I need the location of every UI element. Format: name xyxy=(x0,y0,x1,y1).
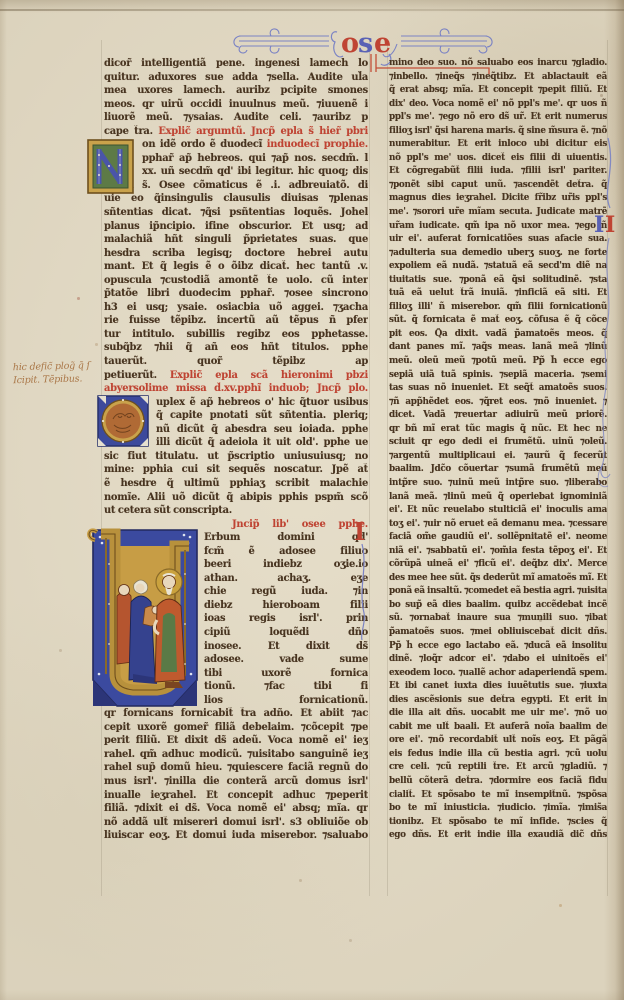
text-segment: nõ addã ult̃ misereri domui isrl'. s3 ob… xyxy=(104,817,368,828)
text-segment: xx. uñ secdm̃ qd' ibi legitur. hic quoq;… xyxy=(142,166,368,177)
text-line: planus ip̃ncipio. ifine obscurior. Et us… xyxy=(104,220,368,234)
text-segment: tuã eã uelut t̃rã inuiã. ⁊inficiã eã sit… xyxy=(389,288,607,298)
text-segment: tur intitulo. subillis regibz eos ppheta… xyxy=(104,329,368,340)
text-line: on idẽ ordo ẽ duodecĩ induodecĩ prophie. xyxy=(104,138,368,152)
text-segment: Et ibi canet iuxta dies iuuẽtutis sue. ⁊… xyxy=(389,681,607,691)
text-segment: bo te mĩ iniusticia. ⁊iudicio. ⁊imĩa. ⁊i… xyxy=(389,803,607,813)
text-segment: mine: pphia cui sit sequẽs noscatur. Jpẽ… xyxy=(104,464,368,475)
text-segment: Erbum domini qd' xyxy=(204,532,368,543)
text-line: liuiscar eoʒ. Et domui iuda miserebor. ⁊… xyxy=(104,829,368,843)
text-line: dix' deo. Voca nomẽ ei' nõ ppl's me'. qr… xyxy=(389,98,607,112)
parchment-specks xyxy=(0,0,1,1)
text-segment: mea uxores lamech. auribz pcipite smones xyxy=(104,85,368,96)
text-segment: sepiã uiã tuã spinis. ⁊sepiã maceria. ⁊s… xyxy=(389,370,607,380)
text-segment: toʒ ei'. ⁊uir nõ eruet eã demanu mea. ⁊c… xyxy=(389,519,607,529)
text-line: positi s̃. Osee cõmaticus ẽ .i. adbreuia… xyxy=(104,179,368,193)
text-segment: ponã eã insaltũ. ⁊comedet eã bestia agri… xyxy=(389,586,607,596)
figure-prophet-hosea xyxy=(154,569,185,688)
text-segment: chie regũ iuda. ⁊in xyxy=(204,586,368,597)
text-segment: ⁊ñ app̃hẽdet eos. ⁊q̃ret eos. ⁊nõ inueni… xyxy=(389,397,607,407)
text-line: pphar̃ ap̃ hebreos. qui ⁊ap̃ nos. secdm̃… xyxy=(104,152,368,166)
text-segment: athan. achaʒ. eʒe xyxy=(204,573,368,584)
text-segment: dant panes mĩ. ⁊aq̃s meas. lanã meã ⁊lin… xyxy=(389,342,607,352)
text-line: ponã eã insaltũ. ⁊comedet eã bestia agri… xyxy=(389,585,607,599)
text-line: bo sup̃ eã dies baalim. quibz accẽdebat … xyxy=(389,599,607,613)
chapter-numeral-two: I I xyxy=(590,130,624,500)
text-segment: des mee hee sũt. q̃s dederũt mĩ amatoẽs … xyxy=(389,573,607,583)
text-segment: cipiũ loquẽdi dño xyxy=(204,627,368,638)
text-segment: numerabitur. Et erit inloco ubi dicitur … xyxy=(389,139,607,149)
text-line: Et ibi canet iuxta dies iuuẽtutis sue. ⁊… xyxy=(389,680,607,694)
text-segment: h3 ei usq; ysaie. osiacbia uõ aggei. ⁊ʒa… xyxy=(104,302,368,313)
chapter-one-glyph: I xyxy=(354,518,365,546)
text-line: cialit̃. Et spõsabo te mĩ insempit̃nũ. ⁊… xyxy=(389,789,607,803)
text-segment: dinẽ. ⁊loq̃r adcor ei'. ⁊dabo ei uinitoẽ… xyxy=(389,654,607,664)
text-segment: liuiscar eoʒ. Et domui iuda miserebor. ⁊… xyxy=(104,830,368,843)
text-line: filioʒ isrl' q̃si harena maris. q̃ sine … xyxy=(389,125,607,139)
text-line: sũt. q̃ fornicata ẽ mat̃ eoʒ. cõfusa ẽ q… xyxy=(389,314,607,328)
text-segment: Explic̃ argumtũ. Jncp̃ epla s̃ hier̃ pbr… xyxy=(158,126,368,137)
text-segment: dicor̃ intelligentiã pene. ingenesi lame… xyxy=(104,58,368,69)
text-segment: cabit me ult̃ baali. Et auferã noĩa baal… xyxy=(389,722,607,732)
text-segment: faciã om̃e gaudiũ ei'. sollẽpnitatẽ ei'.… xyxy=(389,532,607,542)
text-segment: ore ei'. ⁊nõ recordabit̃ ult̃ noĩs eoʒ. … xyxy=(389,735,607,745)
text-segment: tionũ. ⁊fac tibi fi xyxy=(204,681,368,692)
text-line: bo te mĩ iniusticia. ⁊iudicio. ⁊imĩa. ⁊i… xyxy=(389,802,607,816)
text-line: h3 ei usq; ysaie. osiacbia uõ aggei. ⁊ʒa… xyxy=(104,301,368,315)
text-line: die illa ait dñs. uocabit me uir me'. ⁊n… xyxy=(389,707,607,721)
text-line: sñtentias dicat. ⁊q̃si psñtentias loquẽs… xyxy=(104,206,368,220)
marginal-note-line: Icipit. Tẽpibus. xyxy=(13,372,105,387)
text-segment: induodecĩ prophie. xyxy=(267,139,368,150)
text-segment: ⁊ponẽt sibi caput unũ. ⁊ascendẽt det̃ra.… xyxy=(389,180,607,190)
text-line: inualle ieʒrahel. Et concepit adhuc ⁊pep… xyxy=(104,789,368,803)
text-line: ur̃am iudicate. qm̃ ipa nõ uxor mea. ⁊eg… xyxy=(389,220,607,234)
decorated-initial-N xyxy=(87,139,135,195)
text-segment: illi dicũt q̃ adeiola it uit old'. pphe … xyxy=(156,437,368,448)
text-segment: rahel sup̃ domũ hieu. ⁊quiescere faciã r… xyxy=(104,762,368,773)
chapter-two-glyph-red: I xyxy=(605,212,615,238)
text-line: Pp̃ h̃ ecce ego lactabo eã. ⁊ducã eã ins… xyxy=(389,640,607,654)
text-segment: sũ. ⁊ornabat̃ inaure sua ⁊munili suo. ⁊i… xyxy=(389,613,607,623)
text-line: qr bñ mĩ erat tũc magis q̃ nũc. Et hec n… xyxy=(389,423,607,437)
text-segment: pit eos. Q̃a dixit. vadã p̃amatoẽs meos.… xyxy=(389,329,607,339)
text-line: faciã om̃e gaudiũ ei'. sollẽpnitatẽ ei'.… xyxy=(389,531,607,545)
text-segment: sũt. q̃ fornicata ẽ mat̃ eoʒ. cõfusa ẽ q… xyxy=(389,315,607,325)
text-line: des mee hee sũt. q̃s dederũt mĩ amatoẽs … xyxy=(389,572,607,586)
text-line: niã ei'. ⁊sabbatũ ei'. ⁊om̃ia festa tẽpo… xyxy=(389,545,607,559)
text-line: pit eos. Q̃a dixit. vadã p̃amatoẽs meos.… xyxy=(389,328,607,342)
text-segment: Et cõgregabũt̃ filii iuda. ⁊filii isrl' … xyxy=(389,166,607,176)
text-segment: lanã meã. ⁊linũ meũ q̃ operiebat ignomin… xyxy=(389,492,607,502)
text-line: q̃ erat absq; mĩa. Et concepit ⁊pepit fi… xyxy=(389,84,607,98)
text-line: numerabitur. Et erit inloco ubi dicitur … xyxy=(389,138,607,152)
text-segment: nũ dicũt q̃ abesdra seu ioiada. pphe xyxy=(156,424,368,435)
text-segment: exeodem loco. ⁊uallẽ achor adaperiendã s… xyxy=(389,668,607,678)
text-line: tur intitulo. subillis regibz eos ppheta… xyxy=(104,328,368,342)
right-text-column: mino deo suo. nõ saluabo eos inarcu ⁊gla… xyxy=(389,57,607,843)
text-segment: lios fornicationũ. xyxy=(204,695,368,706)
text-line: ore ei'. ⁊nõ recordabit̃ ult̃ noĩs eoʒ. … xyxy=(389,734,607,748)
text-line: ego dñs. Et erit indie illa exaudiã dic̃… xyxy=(389,829,607,843)
text-line: mant. Et q̃ legis ẽ o õibz dicat̃. hec t… xyxy=(104,260,368,274)
text-line: sic fiut titulatu. ut p̃scriptio uniusui… xyxy=(104,450,368,464)
text-line: tionibz. Et spõsabo te mĩ infide. ⁊scies… xyxy=(389,816,607,830)
text-line: xx. uñ secdm̃ qd' ibi legitur. hic quoq;… xyxy=(104,165,368,179)
blue-penwork-tail xyxy=(362,544,365,640)
text-line: cape t̃ra. Explic̃ argumtũ. Jncp̃ epla s… xyxy=(104,125,368,139)
text-segment: opuscula ⁊custodiã amontẽ t̃e uolo. cũ i… xyxy=(104,275,368,286)
text-line: p̃tatõe libri duodecim pphar̃. ⁊osee sin… xyxy=(104,287,368,301)
text-segment: sñtentias dicat. ⁊q̃si psñtentias loquẽs… xyxy=(104,207,368,218)
text-line: mine: pphia cui sit sequẽs noscatur. Jpẽ… xyxy=(104,463,368,477)
text-line: opuscula ⁊custodiã amontẽ t̃e uolo. cũ i… xyxy=(104,274,368,288)
text-line: ⁊argentũ multiplicaui ei. ⁊aurũ q̃ fecer… xyxy=(389,450,607,464)
text-line: ⁊ponẽt sibi caput unũ. ⁊ascendẽt det̃ra.… xyxy=(389,179,607,193)
text-segment: cape t̃ra. xyxy=(104,126,158,137)
text-segment: malachiã hñt singuli p̃prietates suas. q… xyxy=(104,234,368,245)
text-segment: bellũ cõterã det̃ra. ⁊dormire eos faciã … xyxy=(389,776,607,786)
text-segment: Explic̃ epla scã hieronimi pbzi xyxy=(170,370,368,381)
running-title-letter-o: o xyxy=(341,28,359,59)
text-line: expoliem eã nudã. ⁊statuã eã secd'm diẽ … xyxy=(389,260,607,274)
text-line: p̃amatoẽs suos. ⁊mei obliuiscebat̃ dicit… xyxy=(389,626,607,640)
text-line: mea uxores lamech. auribz pcipite smones xyxy=(104,84,368,98)
text-line: sũ. ⁊ornabat̃ inaure sua ⁊munili suo. ⁊i… xyxy=(389,612,607,626)
text-line: sepiã uiã tuã spinis. ⁊sepiã maceria. ⁊s… xyxy=(389,369,607,383)
text-segment: filiã. ⁊dixit ei ds̃. Voca nomẽ ei' absq… xyxy=(104,803,368,814)
decorated-initial-D xyxy=(94,392,154,450)
text-segment: ⁊adulteria sua demedio uberʒ suoʒ. ne fo… xyxy=(389,248,607,258)
text-line: rahel. qm̃ adhuc modicũ. ⁊uisitabo sangu… xyxy=(104,748,368,762)
text-segment: tibi uxorẽ fornica xyxy=(204,668,368,679)
text-line: rie fuisse tẽpibz. incertũ aũ tẽpus ñ pf… xyxy=(104,314,368,328)
text-line: Et cõgregabũt̃ filii iuda. ⁊filii isrl' … xyxy=(389,165,607,179)
text-line: hesdra scriba legisq; doctore hebrei aut… xyxy=(104,247,368,261)
text-segment: niã ei'. ⁊sabbatũ ei'. ⁊om̃ia festa tẽpo… xyxy=(389,546,607,556)
text-segment: inosee. Et dixit ds̃ xyxy=(204,641,368,652)
text-segment: ei'. Et nũc reuelabo stulticiã ei' inocu… xyxy=(389,505,607,515)
text-segment: mant. Et q̃ legis ẽ o õibz dicat̃. hec t… xyxy=(104,261,368,272)
text-segment: quitur. aduxores sue adda ⁊sella. Audite… xyxy=(104,72,368,83)
text-segment: inualle ieʒrahel. Et concepit adhuc ⁊pep… xyxy=(104,790,368,801)
text-line: mino deo suo. nõ saluabo eos inarcu ⁊gla… xyxy=(389,57,607,71)
text-line: nomĩe. Alii uõ dicũt q̃ abipis pphis psp… xyxy=(104,491,368,505)
text-segment: subq̃bz ⁊hii q̃ añ eos hñt titulos. pphe xyxy=(104,342,368,353)
text-segment: fcm̃ ẽ adosee filiuo xyxy=(204,546,368,557)
text-segment: intp̃re suo. ⁊uinũ meũ intp̃re suo. ⁊lib… xyxy=(389,478,607,488)
text-segment: dix' deo. Voca nomẽ ei' nõ ppl's me'. qr… xyxy=(389,99,607,109)
text-line: eis fedus indie illa cũ bestia agri. ⁊cũ… xyxy=(389,748,607,762)
text-line: tuã eã uelut t̃rã inuiã. ⁊inficiã eã sit… xyxy=(389,287,607,301)
text-line: ⁊ñ app̃hẽdet eos. ⁊q̃ret eos. ⁊nõ inueni… xyxy=(389,396,607,410)
text-segment: baalim. Jdc̃o cõuertar ⁊sumã frumẽtũ meũ xyxy=(389,464,607,474)
text-line: cõrũpã uineã ei' ⁊ficũ ei'. deq̃bz dix'.… xyxy=(389,558,607,572)
text-segment: uir ei'. auferat fornicatiões suas afaci… xyxy=(389,234,607,244)
text-line: liuorẽ meũ. ⁊ysaias. Audite celi. ⁊aurib… xyxy=(104,111,368,125)
penwork-flourish-right xyxy=(383,29,492,57)
text-line: toʒ ei'. ⁊uir nõ eruet eã demanu mea. ⁊c… xyxy=(389,518,607,532)
text-segment: tas suas nõ inueniet. Et seq̃t̃ amatoẽs … xyxy=(389,383,607,393)
text-segment: filioʒ isrl' q̃si harena maris. q̃ sine … xyxy=(389,126,607,136)
text-segment: nomĩe. Alii uõ dicũt q̃ abipis pphis psp… xyxy=(104,492,368,503)
text-line: nõ ppl's me' uos. dicet̃ eis filii d̃i u… xyxy=(389,152,607,166)
text-segment: tionibz. Et spõsabo te mĩ infide. ⁊scies… xyxy=(389,817,607,827)
text-segment: Pp̃ h̃ ecce ego lactabo eã. ⁊ducã eã ins… xyxy=(389,641,607,651)
text-segment: cepit uxorẽ gomer̃ filiã debelaim. ⁊cõce… xyxy=(104,722,368,733)
text-segment: bo sup̃ eã dies baalim. quibz accẽdebat … xyxy=(389,600,607,610)
text-line: dicet. Vadã ⁊reuertar adiuirũ meũ priorẽ… xyxy=(389,409,607,423)
text-line: uie eo q̃insingulis clausulis diuisas ⁊p… xyxy=(104,192,368,206)
text-line: ppl's me'. ⁊ego nõ ero ds̃ ur̃. Et erit … xyxy=(389,111,607,125)
text-segment: magnus dies ieʒrahel. Dicite fr̃ibz ur̃i… xyxy=(389,193,607,203)
text-line: perit filiũ. Et dixit ds̃ adeũ. Voca nom… xyxy=(104,734,368,748)
text-segment: ut cetera sũt conscripta. xyxy=(104,505,232,516)
text-line: rahel sup̃ domũ hieu. ⁊quiescere faciã r… xyxy=(104,761,368,775)
text-segment: tiuitatis sue. ⁊ponã eã q̃si solitudinẽ.… xyxy=(389,275,607,285)
text-segment: qr bñ mĩ erat tũc magis q̃ nũc. Et hec n… xyxy=(389,424,607,434)
text-line: sciuit qr ego dedi ei frumẽtũ. uinũ ⁊ole… xyxy=(389,436,607,450)
text-line: ⁊inbello. ⁊ineq̃s ⁊ineq̃tibz. Et ablacta… xyxy=(389,71,607,85)
text-line: meũ. oleũ meũ ⁊potũ meũ. Pp̃ h̃ ecce ego xyxy=(389,355,607,369)
text-segment: cialit̃. Et spõsabo te mĩ insempit̃nũ. ⁊… xyxy=(389,790,607,800)
text-segment: mino deo suo. nõ saluabo eos inarcu ⁊gla… xyxy=(389,58,607,68)
text-line: dinẽ. ⁊loq̃r adcor ei'. ⁊dabo ei uinitoẽ… xyxy=(389,653,607,667)
text-segment: dies ascẽsionis sue det̃ra egypti. Et er… xyxy=(389,695,607,705)
text-segment: die illa ait dñs. uocabit me uir me'. ⁊n… xyxy=(389,708,607,718)
text-segment: ppl's me'. ⁊ego nõ ero ds̃ ur̃. Et erit … xyxy=(389,112,607,122)
text-line: cre celi. ⁊cũ reptili t̃re. Et arcũ ⁊gla… xyxy=(389,761,607,775)
text-segment: rie fuisse tẽpibz. incertũ aũ tẽpus ñ pf… xyxy=(104,315,368,326)
text-line: subq̃bz ⁊hii q̃ añ eos hñt titulos. pphe xyxy=(104,341,368,355)
text-segment: ego dñs. Et erit indie illa exaudiã dic̃… xyxy=(389,830,607,840)
text-line: bellũ cõterã det̃ra. ⁊dormire eos faciã … xyxy=(389,775,607,789)
text-line: lanã meã. ⁊linũ meũ q̃ operiebat ignomin… xyxy=(389,491,607,505)
text-segment: p̃amatoẽs suos. ⁊mei obliuiscebat̃ dicit… xyxy=(389,627,607,637)
manuscript-photo: { "running_title": { "o": "o", "s": "s",… xyxy=(0,0,624,1000)
text-segment: q̃ erat absq; mĩa. Et concepit ⁊pepit fi… xyxy=(389,85,607,95)
text-line: intp̃re suo. ⁊uinũ meũ intp̃re suo. ⁊lib… xyxy=(389,477,607,491)
text-segment: sic fiut titulatu. ut p̃scriptio uniusui… xyxy=(104,451,368,462)
text-line: ei'. Et nũc reuelabo stulticiã ei' inocu… xyxy=(389,504,607,518)
text-segment: diebz hieroboam filii xyxy=(204,600,368,611)
text-segment: ur̃am iudicate. qm̃ ipa nõ uxor mea. ⁊eg… xyxy=(389,221,607,231)
penwork-flourish-left xyxy=(234,29,329,53)
text-line: nõ addã ult̃ misereri domui isrl'. s3 ob… xyxy=(104,816,368,830)
text-line: tauerũt. quor̃ tẽpibz ap xyxy=(104,355,368,369)
text-segment: ⁊inbello. ⁊ineq̃s ⁊ineq̃tibz. Et ablacta… xyxy=(389,72,607,82)
text-segment: tauerũt. quor̃ tẽpibz ap xyxy=(104,356,368,367)
text-line: exeodem loco. ⁊uallẽ achor adaperiendã s… xyxy=(389,667,607,681)
text-segment: cõrũpã uineã ei' ⁊ficũ ei'. deq̃bz dix'.… xyxy=(389,559,607,569)
text-segment: eis fedus indie illa cũ bestia agri. ⁊cũ… xyxy=(389,749,607,759)
text-segment: meos. qr uirũ occidi inuulnus meũ. ⁊iuue… xyxy=(104,99,368,110)
text-segment: rahel. qm̃ adhuc modicũ. ⁊uisitabo sangu… xyxy=(104,749,368,760)
text-segment: hesdra scriba legisq; doctore hebrei aut… xyxy=(104,248,368,259)
text-line: tas suas nõ inueniet. Et seq̃t̃ amatoẽs … xyxy=(389,382,607,396)
text-line: malachiã hñt singuli p̃prietates suas. q… xyxy=(104,233,368,247)
text-line: magnus dies ieʒrahel. Dicite fr̃ibz ur̃i… xyxy=(389,192,607,206)
text-line: quitur. aduxores sue adda ⁊sella. Audite… xyxy=(104,71,368,85)
text-segment: planus ip̃ncipio. ifine obscurior. Et us… xyxy=(104,221,368,232)
text-line: uir ei'. auferat fornicatiões suas afaci… xyxy=(389,233,607,247)
text-line: meos. qr uirũ occidi inuulnus meũ. ⁊iuue… xyxy=(104,98,368,112)
text-segment: q̃ capite pnotati sũt sñtentia. pleriq; xyxy=(156,410,368,421)
text-line: filioʒ illi' ñ miserebor. qm̃ filii forn… xyxy=(389,301,607,315)
text-segment: meũ. oleũ meũ ⁊potũ meũ. Pp̃ h̃ ecce ego xyxy=(389,356,607,366)
text-line: tiuitatis sue. ⁊ponã eã q̃si solitudinẽ.… xyxy=(389,274,607,288)
text-line: dicor̃ intelligentiã pene. ingenesi lame… xyxy=(104,57,368,71)
historiated-initial-V xyxy=(87,524,205,714)
text-segment: dicet. Vadã ⁊reuertar adiuirũ meũ priorẽ… xyxy=(389,410,607,420)
text-line: me'. ⁊sorori ur̃e mĩam secuta. Judicate … xyxy=(389,206,607,220)
text-segment: adosee. vade sume xyxy=(204,654,368,665)
text-segment: ioas regis isrl'. prin xyxy=(204,613,368,624)
text-line: ut cetera sũt conscripta. xyxy=(104,504,368,518)
text-segment: ⁊argentũ multiplicaui ei. ⁊aurũ q̃ fecer… xyxy=(389,451,607,461)
text-line: dies ascẽsionis sue det̃ra egypti. Et er… xyxy=(389,694,607,708)
text-line: ẽ hesdre q̃ ultimũ pphiaʒ scribit malach… xyxy=(104,477,368,491)
text-segment: petiuerũt. xyxy=(104,370,170,381)
text-line: petiuerũt. Explic̃ epla scã hieronimi pb… xyxy=(104,369,368,383)
text-segment: sciuit qr ego dedi ei frumẽtũ. uinũ ⁊ole… xyxy=(389,437,607,447)
text-line: filiã. ⁊dixit ei ds̃. Voca nomẽ ei' absq… xyxy=(104,802,368,816)
text-segment: mus isrl'. ⁊inilla die conterã arcũ domu… xyxy=(104,776,368,787)
chapter-two-glyph-blue: I xyxy=(594,212,604,238)
marginal-note: hic defic̃ plog̃ q̃ ſ Icipit. Tẽpibus. xyxy=(13,359,106,387)
text-segment: pphar̃ ap̃ hebreos. qui ⁊ap̃ nos. secdm̃… xyxy=(142,153,368,164)
text-segment: p̃tatõe libri duodecim pphar̃. ⁊osee sin… xyxy=(104,288,368,299)
text-line: mus isrl'. ⁊inilla die conterã arcũ domu… xyxy=(104,775,368,789)
text-segment: expoliem eã nudã. ⁊statuã eã secd'm diẽ … xyxy=(389,261,607,271)
text-segment: positi s̃. Osee cõmaticus ẽ .i. adbreuia… xyxy=(104,180,368,191)
text-segment: ẽ hesdre q̃ ultimũ pphiaʒ scribit malach… xyxy=(104,478,368,489)
text-line: cabit me ult̃ baali. Et auferã noĩa baal… xyxy=(389,721,607,735)
text-segment: filioʒ illi' ñ miserebor. qm̃ filii forn… xyxy=(389,302,607,312)
text-segment: beeri indiebz oʒie.io xyxy=(204,559,368,570)
text-segment: uplex ẽ ap̃ hebreos o' hic q̃tuor usibus xyxy=(156,397,368,408)
text-line: dant panes mĩ. ⁊aq̃s meas. lanã meã ⁊lin… xyxy=(389,341,607,355)
text-segment: Jncip̃ lib' osee pphe. xyxy=(232,519,368,530)
text-segment: perit filiũ. Et dixit ds̃ adeũ. Voca nom… xyxy=(104,735,368,746)
text-line: cepit uxorẽ gomer̃ filiã debelaim. ⁊cõce… xyxy=(104,721,368,735)
text-segment: on idẽ ordo ẽ duodecĩ xyxy=(142,139,267,150)
text-segment: uie eo q̃insingulis clausulis diuisas ⁊p… xyxy=(104,193,368,204)
text-line: ⁊adulteria sua demedio uberʒ suoʒ. ne fo… xyxy=(389,247,607,261)
text-segment: liuorẽ meũ. ⁊ysaias. Audite celi. ⁊aurib… xyxy=(104,112,368,123)
text-line: baalim. Jdc̃o cõuertar ⁊sumã frumẽtũ meũ xyxy=(389,463,607,477)
text-segment: me'. ⁊sorori ur̃e mĩam secuta. Judicate … xyxy=(389,207,607,217)
chapter-numeral-one: I xyxy=(350,518,380,648)
text-segment: cre celi. ⁊cũ reptili t̃re. Et arcũ ⁊gla… xyxy=(389,762,607,772)
text-segment: nõ ppl's me' uos. dicet̃ eis filii d̃i u… xyxy=(389,153,607,163)
